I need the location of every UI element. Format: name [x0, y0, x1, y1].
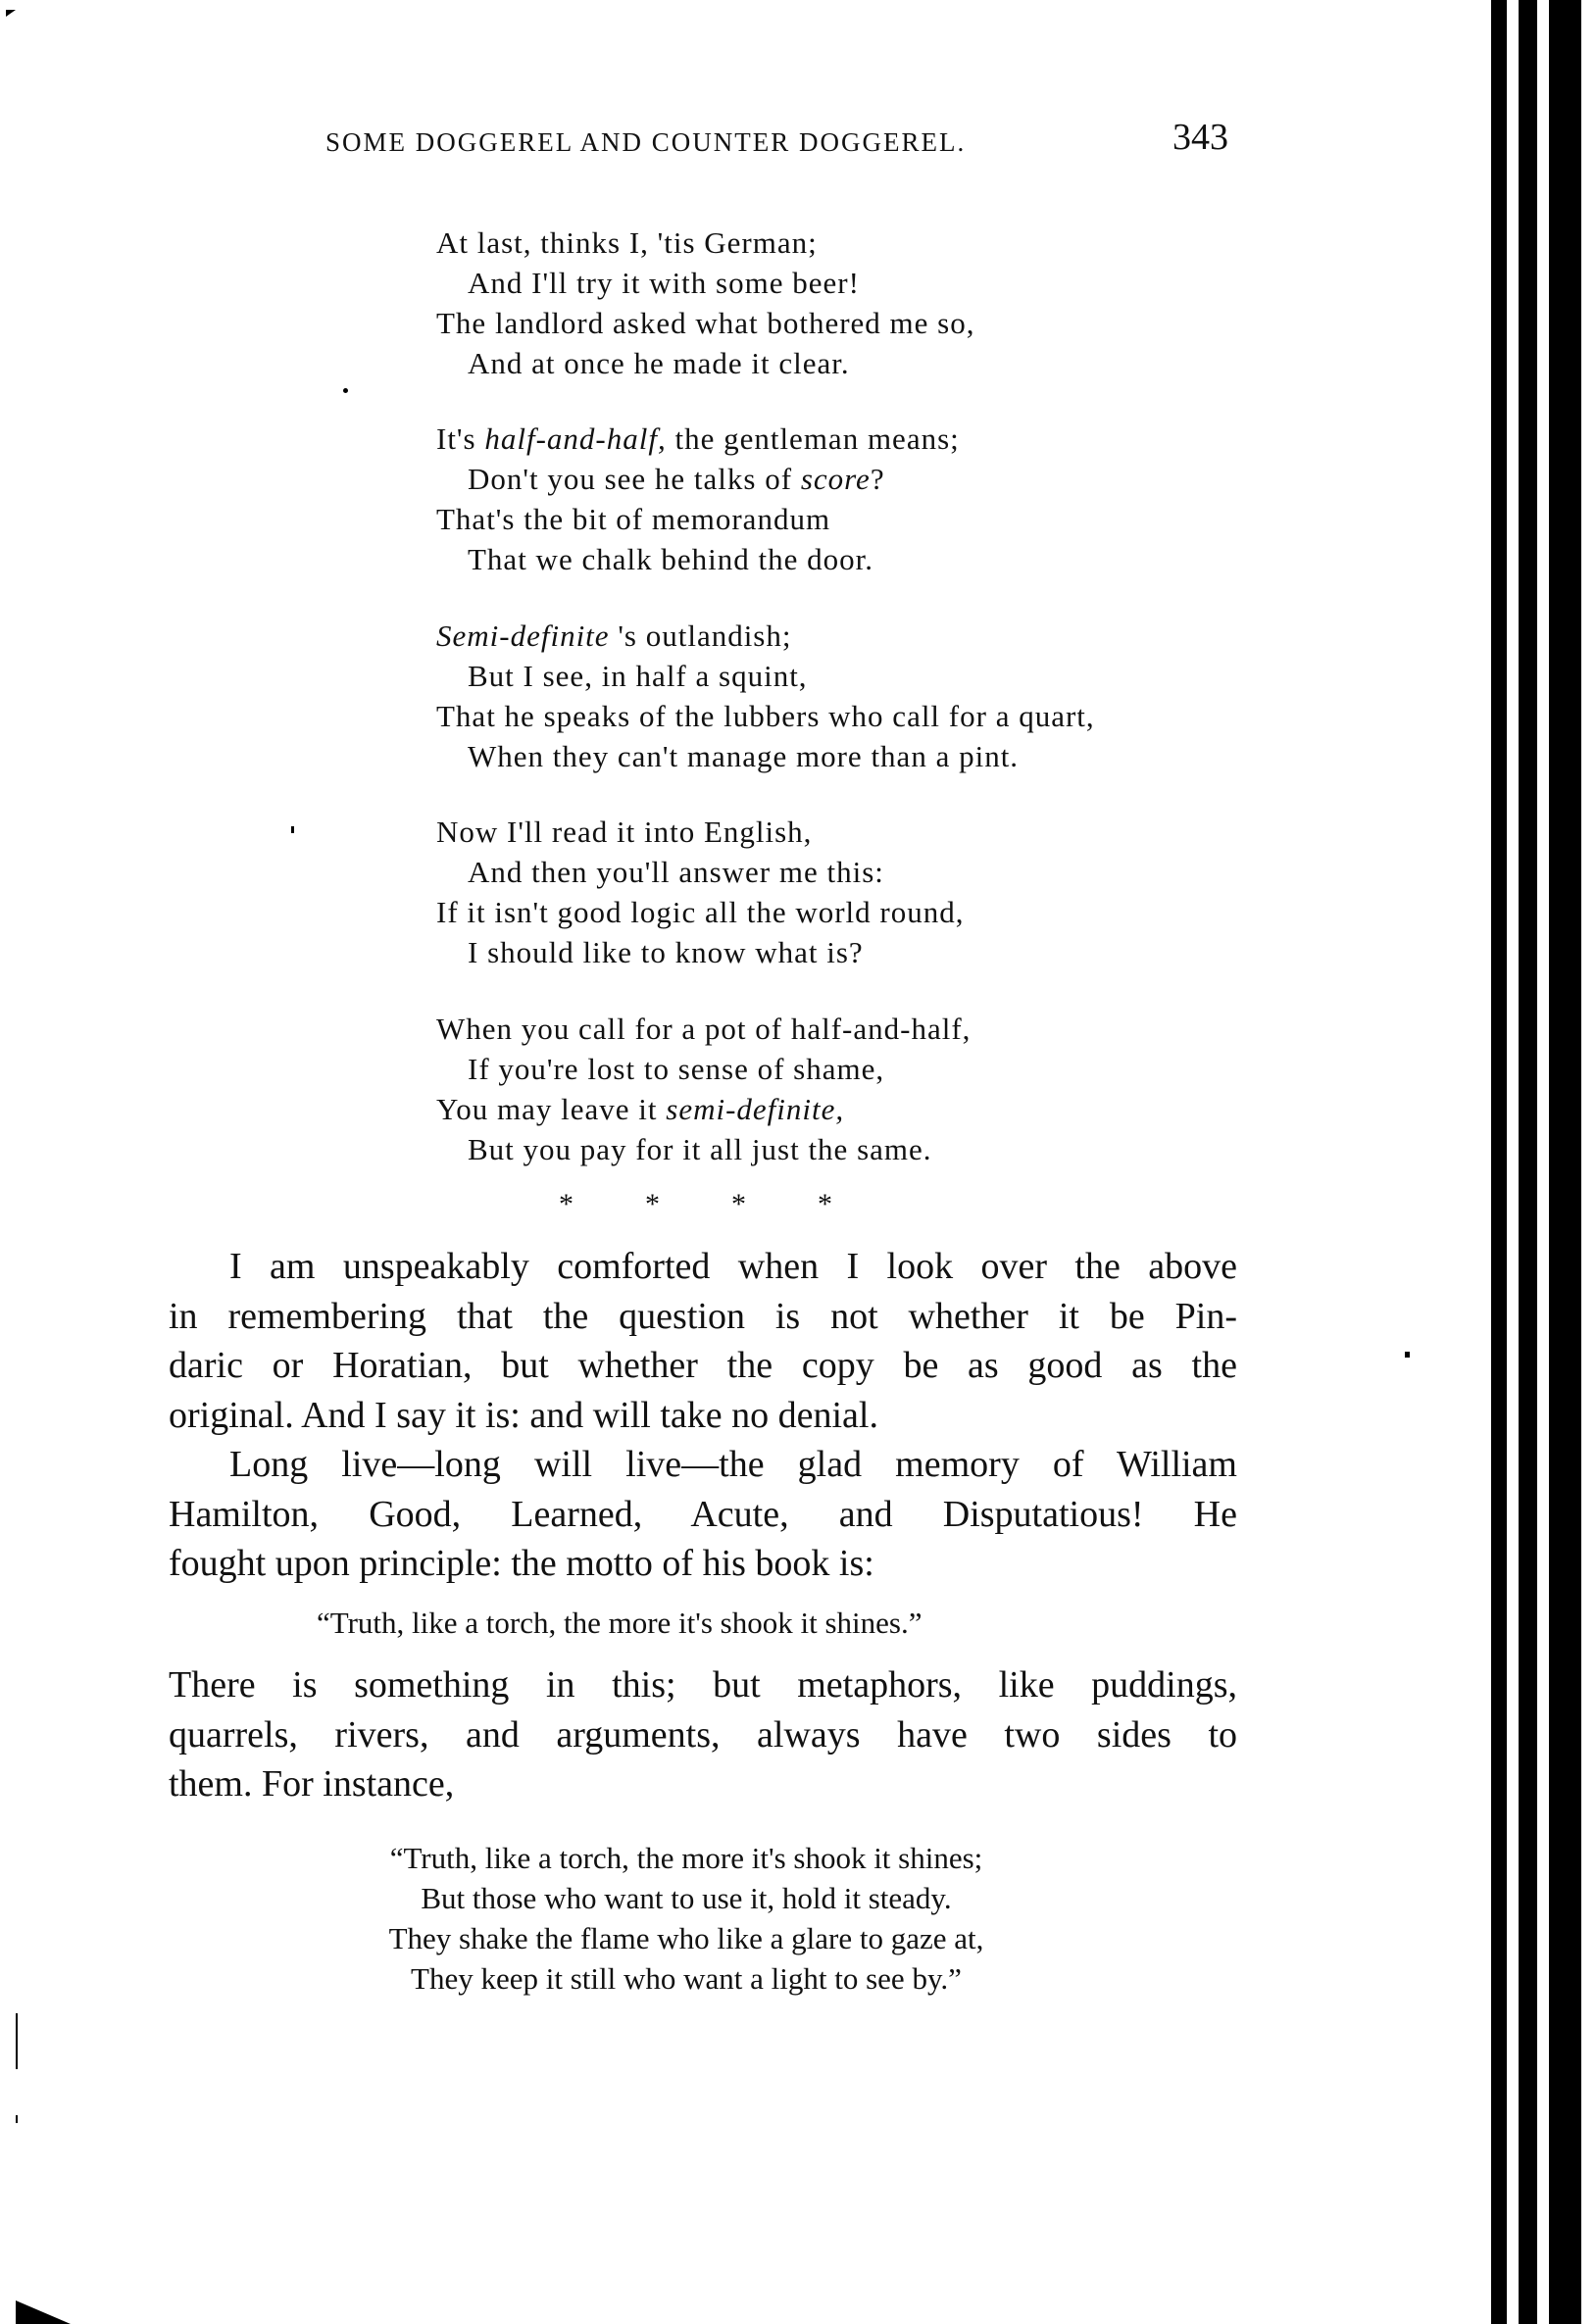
verse-line: Now I'll read it into English,: [436, 812, 965, 852]
verse-line: They shake the flame who like a glare to…: [294, 1918, 1078, 1958]
scan-corner-wedge-bottom: [16, 2300, 71, 2324]
verse-line: And then you'll answer me this:: [436, 852, 965, 892]
page-edge-stripe: [1519, 0, 1537, 2324]
verse-line: But you pay for it all just the same.: [436, 1129, 971, 1169]
verse-line: When they can't manage more than a pint.: [436, 736, 1095, 776]
verse-line: When you call for a pot of half-and-half…: [436, 1009, 971, 1049]
verse-line: But those who want to use it, hold it st…: [294, 1878, 1078, 1918]
prose-line: There is something in this; but metaphor…: [169, 1660, 1237, 1710]
section-separator: ****: [559, 1188, 904, 1221]
verse-line: And at once he made it clear.: [436, 343, 975, 383]
verse-line: That's the bit of memorandum: [436, 499, 960, 539]
verse-line: It's half-and-half, the gentleman means;: [436, 419, 960, 459]
stanza-5: When you call for a pot of half-and-half…: [436, 1009, 971, 1169]
paragraph-3: There is something in this; but metaphor…: [169, 1660, 1237, 1809]
paragraph-2: Long live—long will live—the glad memory…: [169, 1440, 1237, 1589]
page-edge-stripe: [1549, 0, 1581, 2324]
prose-line: daric or Horatian, but whether the copy …: [169, 1341, 1237, 1391]
verse-line: If you're lost to sense of shame,: [436, 1049, 971, 1089]
running-head: SOME DOGGEREL AND COUNTER DOGGEREL.: [325, 127, 966, 158]
scan-line-left: [16, 2115, 18, 2123]
prose-line: original. And I say it is: and will take…: [169, 1391, 1237, 1441]
verse-line: And I'll try it with some beer!: [436, 263, 975, 303]
prose-line: them. For instance,: [169, 1759, 1237, 1809]
scan-dot: [343, 388, 348, 393]
verse-line: That we chalk behind the door.: [436, 539, 960, 579]
scan-corner-mark-top: [6, 10, 16, 17]
italic-term: half-and-half,: [484, 421, 666, 456]
stanza-2: It's half-and-half, the gentleman means;…: [436, 419, 960, 579]
italic-term: semi-definite,: [666, 1092, 844, 1126]
verse-line: You may leave it semi-definite,: [436, 1089, 971, 1129]
prose-line: quarrels, rivers, and arguments, always …: [169, 1710, 1237, 1760]
final-verse: “Truth, like a torch, the more it's shoo…: [294, 1838, 1078, 1999]
page-edge-stripe: [1491, 0, 1507, 2324]
prose-line: I am unspeakably comforted when I look o…: [169, 1242, 1237, 1292]
verse-line: At last, thinks I, 'tis German;: [436, 223, 975, 263]
italic-term: score: [801, 462, 871, 496]
scan-dot: [1405, 1352, 1410, 1358]
verse-line: If it isn't good logic all the world rou…: [436, 892, 965, 932]
prose-line: Long live—long will live—the glad memory…: [169, 1440, 1237, 1490]
verse-line: I should like to know what is?: [436, 932, 965, 972]
stanza-4: Now I'll read it into English, And then …: [436, 812, 965, 972]
verse-line: That he speaks of the lubbers who call f…: [436, 696, 1095, 736]
verse-line: Semi-definite 's outlandish;: [436, 616, 1095, 656]
asterisk: *: [559, 1188, 645, 1221]
verse-line: The landlord asked what bothered me so,: [436, 303, 975, 343]
stanza-3: Semi-definite 's outlandish; But I see, …: [436, 616, 1095, 776]
verse-line: “Truth, like a torch, the more it's shoo…: [294, 1838, 1078, 1878]
asterisk: *: [645, 1188, 731, 1221]
scan-tick: [291, 826, 294, 833]
asterisk: *: [818, 1188, 904, 1221]
prose-line: Hamilton, Good, Learned, Acute, and Disp…: [169, 1490, 1237, 1540]
block-quote-motto: “Truth, like a torch, the more it's shoo…: [317, 1606, 922, 1641]
scan-line-left: [16, 2013, 18, 2069]
verse-line: Don't you see he talks of score?: [436, 459, 960, 499]
stanza-1: At last, thinks I, 'tis German; And I'll…: [436, 223, 975, 383]
verse-line: But I see, in half a squint,: [436, 656, 1095, 696]
prose-line: fought upon principle: the motto of his …: [169, 1539, 1237, 1589]
page-number: 343: [1172, 116, 1228, 159]
paragraph-1: I am unspeakably comforted when I look o…: [169, 1242, 1237, 1440]
italic-term: Semi-definite: [436, 618, 610, 653]
prose-line: in remembering that the question is not …: [169, 1292, 1237, 1342]
asterisk: *: [731, 1188, 818, 1221]
verse-line: They keep it still who want a light to s…: [294, 1958, 1078, 1999]
